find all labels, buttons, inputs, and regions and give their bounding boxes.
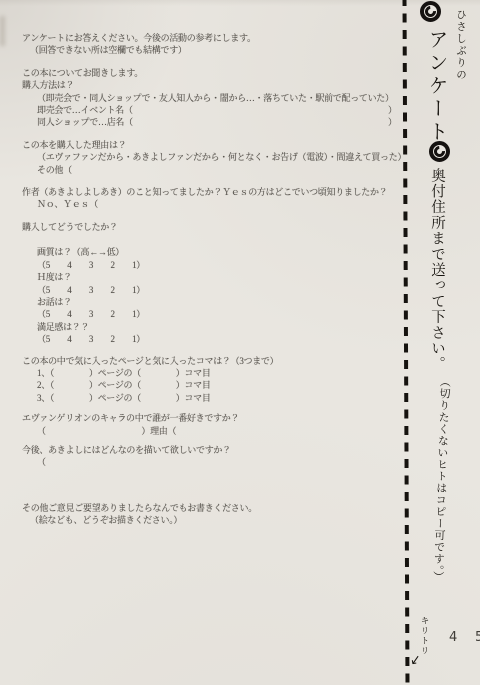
questionnaire-line: 画質は？（高←→低） — [22, 246, 407, 258]
questionnaire-section: 今後、あきよしにはどんなのを描いて欲しいですか？（ — [22, 444, 407, 469]
questionnaire-line: 購入してどうでしたか？ — [22, 221, 407, 233]
questionnaire-line: 1、（ ）ページの（ ）コマ目 — [22, 367, 407, 379]
questionnaire-section: アンケートにお答えください。今後の活動の参考にします。（回答できない所は空欄でも… — [22, 32, 407, 57]
questionnaire-line: （5 4 3 2 1） — [22, 333, 407, 345]
questionnaire-line: （ ）理由（ — [22, 425, 407, 437]
questionnaire-line: その他（ — [22, 164, 407, 176]
questionnaire-line: （5 4 3 2 1） — [22, 259, 407, 271]
questionnaire-section: 購入してどうでしたか？ — [22, 221, 407, 233]
questionnaire-line: Ｎｏ、Ｙｅｓ（ — [22, 198, 407, 210]
questionnaire-line: 即売会で…イベント名（） — [22, 104, 407, 116]
page-number-partial: 5 — [475, 630, 480, 645]
margin-note-copy: （切りたくないヒトはコピー可です。） — [429, 376, 452, 583]
questionnaire-section: 画質は？（高←→低）（5 4 3 2 1）Ｈ度は？（5 4 3 2 1）お話は？… — [22, 246, 407, 345]
questionnaire-line: 同人ショップで…店名（） — [22, 116, 407, 128]
questionnaire-line: この本についてお聞きします。 — [22, 67, 407, 79]
close-paren: ） — [388, 104, 397, 116]
questionnaire-section: エヴァンゲリオンのキャラの中で誰が一番好きですか？（ ）理由（ — [22, 412, 407, 437]
questionnaire-line: この本の中で気に入ったページと気に入ったコマは？（3つまで） — [22, 355, 407, 367]
questionnaire-section: この本についてお聞きします。購入方法は？（即売会で・同人ショップで・友人知人から… — [22, 67, 407, 129]
questionnaire-line: アンケートにお答えください。今後の活動の参考にします。 — [22, 32, 407, 44]
questionnaire-line: （エヴァファンだから・あきよしファンだから・何となく・お告げ（電波）・間違えて買… — [22, 151, 407, 163]
page-number: 4 — [449, 630, 458, 645]
questionnaire-section: この本の中で気に入ったページと気に入ったコマは？（3つまで）1、（ ）ページの（… — [22, 355, 407, 405]
margin-note-instruction: 奥付住所まで送って下さい。 — [427, 168, 448, 372]
questionnaire-line: 購入方法は？ — [22, 79, 407, 91]
questionnaire-line: エヴァンゲリオンのキャラの中で誰が一番好きですか？ — [22, 412, 407, 424]
cut-label: キリトリ — [418, 616, 430, 656]
questionnaire-line: （回答できない所は空欄でも結構です） — [22, 44, 407, 56]
questionnaire-line: （絵なども、どうぞお描きください。） — [22, 514, 407, 526]
questionnaire-section: この本を購入した理由は？（エヴァファンだから・あきよしファンだから・何となく・お… — [22, 139, 407, 176]
questionnaire-line: 満足感は？？ — [22, 321, 407, 333]
close-paren: ） — [388, 116, 397, 128]
spiral-circle-icon — [420, 1, 441, 22]
margin-note-hisashiburi: ひさしぶりの — [454, 9, 469, 81]
scan-smudge — [0, 16, 5, 46]
questionnaire-line: Ｈ度は？ — [22, 271, 407, 283]
questionnaire-line: お話は？ — [22, 296, 407, 308]
questionnaire-line: 3、（ ）ページの（ ）コマ目 — [22, 392, 407, 404]
questionnaire-line: 今後、あきよしにはどんなのを描いて欲しいですか？ — [22, 444, 407, 456]
margin-note-title: アンケート — [423, 29, 452, 144]
questionnaire-line: この本を購入した理由は？ — [22, 139, 407, 151]
questionnaire-line: その他ご意見ご要望ありましたらなんでもお書きください。 — [22, 502, 407, 514]
questionnaire-line: （5 4 3 2 1） — [22, 308, 407, 320]
cut-dashed-line — [402, 0, 409, 685]
questionnaire-line: 2、（ ）ページの（ ）コマ目 — [22, 379, 407, 391]
cut-direction-arrow-icon: ↙ — [409, 652, 422, 669]
spiral-circle-icon — [429, 141, 450, 162]
questionnaire-section: 作者（あきよしよしあき）のこと知ってましたか？Ｙｅｓの方はどこでいつ頃知りました… — [22, 186, 407, 211]
questionnaire-section: その他ご意見ご要望ありましたらなんでもお書きください。（絵なども、どうぞお描きく… — [22, 502, 407, 527]
questionnaire-line: 作者（あきよしよしあき）のこと知ってましたか？Ｙｅｓの方はどこでいつ頃知りました… — [22, 186, 407, 198]
questionnaire-body: アンケートにお答えください。今後の活動の参考にします。（回答できない所は空欄でも… — [22, 32, 407, 527]
questionnaire-line: （5 4 3 2 1） — [22, 284, 407, 296]
scanned-questionnaire-page: アンケートにお答えください。今後の活動の参考にします。（回答できない所は空欄でも… — [0, 0, 480, 685]
questionnaire-line: （ — [22, 456, 407, 468]
questionnaire-line: （即売会で・同人ショップで・友人知人から・闇から…・落ちていた・駅前で配っていた… — [22, 92, 407, 104]
